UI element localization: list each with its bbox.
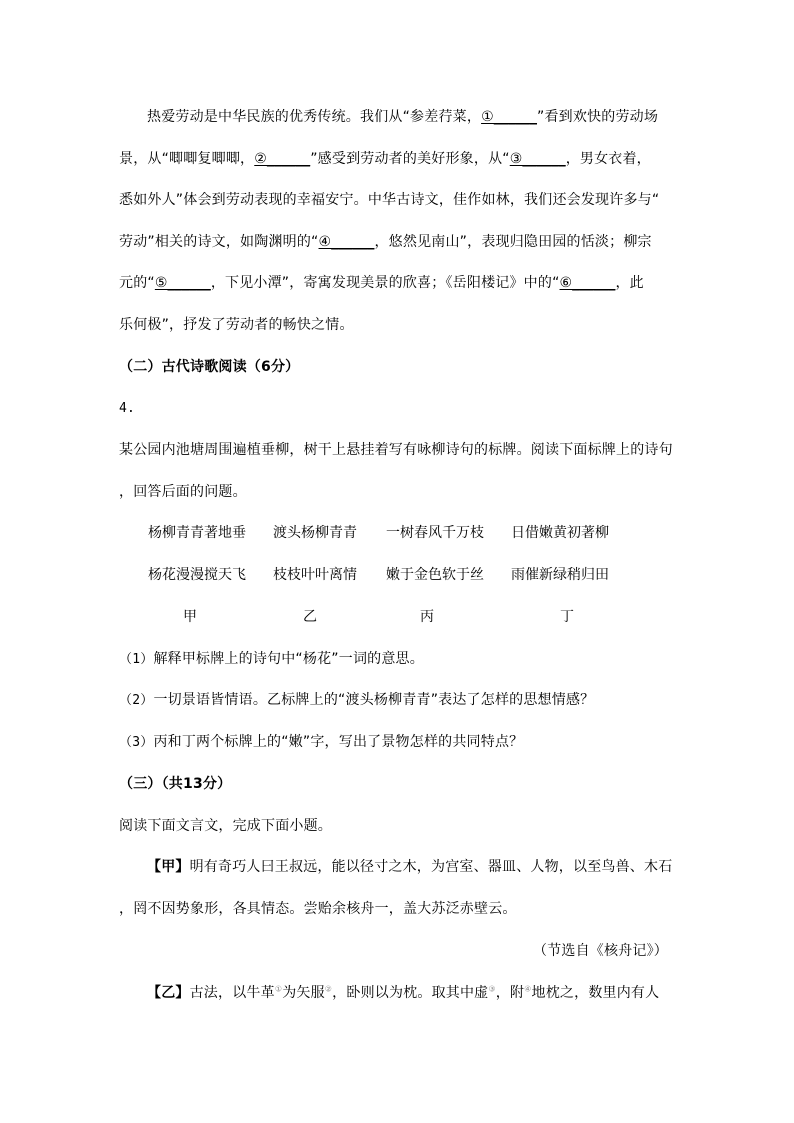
passage-text: 为矢服 [282, 985, 325, 1001]
sign-jia-line-2: 杨花漫漫搅天飞 [148, 565, 246, 585]
paragraph-line-2: 景，从“唧唧复唧唧，②______”感受到劳动者的美好形象，从“③______，… [119, 149, 679, 169]
text: 景，从“唧唧复唧唧， [119, 151, 254, 167]
passage-yi-line-1: 【乙】古法，以牛革①为矢服②，卧则以为枕。取其中虚③，附④地枕之，数里内有人 [147, 983, 707, 1003]
sub-question-1: （1）解释甲标牌上的诗句中“杨花”一词的意思。 [119, 649, 679, 670]
passage-text: ，附 [496, 985, 524, 1001]
section-instruction: 阅读下面文言文，完成下面小题。 [119, 816, 679, 836]
text: 元的“ [119, 275, 155, 291]
document-page: 热爱劳动是中华民族的优秀传统。我们从“参差荇菜，①______”看到欢快的劳动场… [0, 0, 794, 1123]
sub-question-text: 解释甲标牌上的诗句中“杨花”一词的意思。 [153, 651, 424, 667]
question-number: 4. [119, 399, 679, 419]
section-heading-classical: （三）（共13分） [119, 774, 679, 794]
passage-jia-line-1: 【甲】明有奇巧人曰王叔远，能以径寸之木，为宫室、器皿、人物，以至鸟兽、木石 [147, 857, 707, 877]
sign-ding-line-2: 雨催新绿稍归田 [511, 565, 609, 585]
sign-ding-line-1: 日借嫩黄初著柳 [511, 523, 609, 543]
sub-question-2: （2）一切景语皆情语。乙标牌上的“渡头杨柳青青”表达了怎样的思想情感？ [119, 690, 679, 711]
sign-yi-line-2: 枝枝叶叶离情 [273, 565, 357, 585]
sub-question-text: 一切景语皆情语。乙标牌上的“渡头杨柳青青”表达了怎样的思想情感？ [153, 692, 594, 708]
text: ，男女衣着， [566, 151, 651, 167]
paragraph-line-6: 乐何极”，抒发了劳动者的畅快之情。 [119, 315, 679, 335]
passage-text: 地枕之，数里内有人 [532, 985, 660, 1001]
passage-text: ，卧则以为枕。取其中虚 [332, 985, 488, 1001]
sign-label-jia: 甲 [180, 607, 200, 627]
sign-bing-line-2: 嫩于金色软于丝 [386, 565, 484, 585]
sub-question-number: （1） [119, 652, 153, 667]
paragraph-line-1: 热爱劳动是中华民族的优秀传统。我们从“参差荇菜，①______”看到欢快的劳动场 [147, 107, 707, 127]
question-intro-line-1: 某公园内池塘周围遍植垂柳，树干上悬挂着写有咏柳诗句的标牌。阅读下面标牌上的诗句 [119, 440, 679, 460]
text: ”感受到劳动者的美好形象，从“ [310, 151, 510, 167]
sign-bing-line-1: 一树春风千万枝 [386, 523, 484, 543]
text: ，下见小潭”，寄寓发现美景的欣喜；《岳阳楼记》中的“ [211, 275, 560, 291]
text: 劳动”相关的诗文，如陶渊明的“ [119, 234, 319, 250]
text: 热爱劳动是中华民族的优秀传统。我们从“参差荇菜， [147, 109, 481, 125]
blank-4[interactable]: ④______ [319, 234, 375, 250]
blank-5[interactable]: ⑤______ [155, 275, 211, 291]
blank-6[interactable]: ⑥______ [560, 275, 616, 291]
text: ”看到欢快的劳动场 [537, 109, 658, 125]
sub-question-number: （3） [119, 735, 153, 750]
footnote-marker-3[interactable]: ③ [488, 984, 495, 993]
text: ，此 [615, 275, 643, 291]
sub-question-3: （3）丙和丁两个标牌上的“嫩”字，写出了景物怎样的共同特点？ [119, 732, 679, 753]
sub-question-text: 丙和丁两个标牌上的“嫩”字，写出了景物怎样的共同特点？ [153, 734, 523, 750]
passage-source: （节选自《核舟记》） [533, 941, 668, 961]
sign-label-bing: 丙 [417, 607, 437, 627]
paragraph-line-3: 悉如外人”体会到劳动表现的幸福安宁。中华古诗文，佳作如林，我们还会发现许多与“ [119, 190, 679, 210]
paragraph-line-5: 元的“⑤______，下见小潭”，寄寓发现美景的欣喜；《岳阳楼记》中的“⑥___… [119, 273, 679, 293]
sign-jia-line-1: 杨柳青青著地垂 [148, 523, 246, 543]
passage-text: 古法，以牛革 [190, 985, 275, 1001]
text: ，悠然见南山”，表现归隐田园的恬淡；柳宗 [374, 234, 651, 250]
blank-2[interactable]: ②______ [254, 151, 310, 167]
passage-marker-yi: 【乙】 [147, 985, 190, 1001]
blank-1[interactable]: ①______ [481, 109, 537, 125]
blank-3[interactable]: ③______ [510, 151, 566, 167]
sign-label-ding: 丁 [557, 607, 577, 627]
sign-label-yi: 乙 [300, 607, 320, 627]
footnote-marker-4[interactable]: ④ [524, 984, 531, 993]
passage-marker-jia: 【甲】 [147, 859, 190, 875]
paragraph-line-4: 劳动”相关的诗文，如陶渊明的“④______，悠然见南山”，表现归隐田园的恬淡；… [119, 232, 679, 252]
sign-yi-line-1: 渡头杨柳青青 [273, 523, 357, 543]
passage-text: 明有奇巧人曰王叔远，能以径寸之木，为宫室、器皿、人物，以至鸟兽、木石 [190, 859, 673, 875]
sub-question-number: （2） [119, 693, 153, 708]
passage-jia-line-2: ，罔不因势象形，各具情态。尝贻余核舟一，盖大苏泛赤壁云。 [119, 899, 679, 919]
question-intro-line-2: ，回答后面的问题。 [119, 482, 679, 502]
section-heading-poetry: （二）古代诗歌阅读（6分） [119, 357, 679, 377]
